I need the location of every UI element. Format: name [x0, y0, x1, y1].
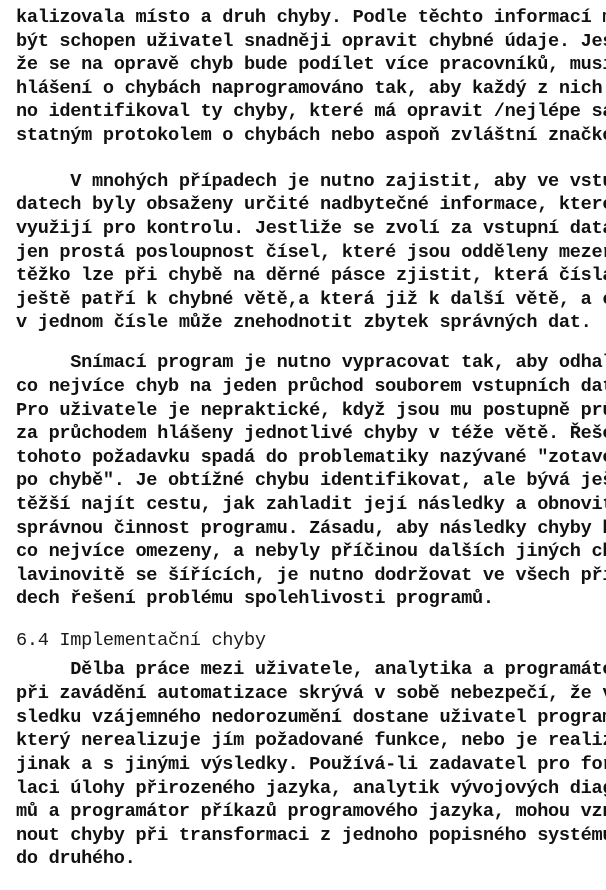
text-line: V mnohých případech je nutno zajistit, a…: [16, 172, 606, 192]
text-line: datech byly obsaženy určité nadbytečné i…: [16, 195, 606, 215]
text-line: Snímací program je nutno vypracovat tak,…: [16, 353, 606, 373]
text-line: při zavádění automatizace skrývá v sobě …: [16, 684, 606, 704]
text-line: využijí pro kontrolu. Jestliže se zvolí …: [16, 219, 606, 239]
text-line: v jednom čísle může znehodnotit zbytek s…: [16, 313, 591, 333]
text-line: jen prostá posloupnost čísel, které jsou…: [16, 243, 606, 263]
text-line: sledku vzájemného nedorozumění dostane u…: [16, 708, 606, 728]
text-line: jinak a s jinými výsledky. Používá-li za…: [16, 755, 606, 775]
text-line: Pro uživatele je nepraktické, když jsou …: [16, 401, 606, 421]
document-page: kalizovala místo a druh chyby. Podle těc…: [0, 0, 606, 890]
section-heading: 6.4 Implementační chyby: [16, 631, 266, 651]
text-line: ještě patří k chybné větě,a která již k …: [16, 290, 606, 310]
text-line: kalizovala místo a druh chyby. Podle těc…: [16, 8, 606, 28]
text-line: do druhého.: [16, 849, 135, 869]
text-line: co nejvíce omezeny, a nebyly příčinou da…: [16, 542, 606, 562]
text-line: správnou činnost programu. Zásadu, aby n…: [16, 519, 606, 539]
text-line: za průchodem hlášeny jednotlivé chyby v …: [16, 424, 606, 444]
text-line: nout chyby při transformaci z jednoho po…: [16, 826, 606, 846]
text-line: po chybě". Je obtížné chybu identifikova…: [16, 471, 606, 491]
text-line: že se na opravě chyb bude podílet více p…: [16, 55, 606, 75]
text-line: laci úlohy přirozeného jazyka, analytik …: [16, 779, 606, 799]
text-line: být schopen uživatel snadněji opravit ch…: [16, 32, 606, 52]
text-line: těžší najít cestu, jak zahladit její nás…: [16, 495, 606, 515]
text-line: lavinovitě se šířících, je nutno dodržov…: [16, 566, 606, 586]
text-line: no identifikoval ty chyby, které má opra…: [16, 102, 606, 122]
text-line: co nejvíce chyb na jeden průchod soubore…: [16, 377, 606, 397]
text-line: statným protokolem o chybách nebo aspoň …: [16, 126, 606, 146]
text-line: hlášení o chybách naprogramováno tak, ab…: [16, 79, 606, 99]
text-line: mů a programátor příkazů programového ja…: [16, 802, 606, 822]
text-line: tohoto požadavku spadá do problematiky n…: [16, 448, 606, 468]
text-line: který nerealizuje jím požadované funkce,…: [16, 731, 606, 751]
text-line: Dělba práce mezi uživatele, analytika a …: [16, 660, 606, 680]
text-line: dech řešení problému spolehlivosti progr…: [16, 589, 494, 609]
text-line: těžko lze při chybě na děrné pásce zjist…: [16, 266, 606, 286]
